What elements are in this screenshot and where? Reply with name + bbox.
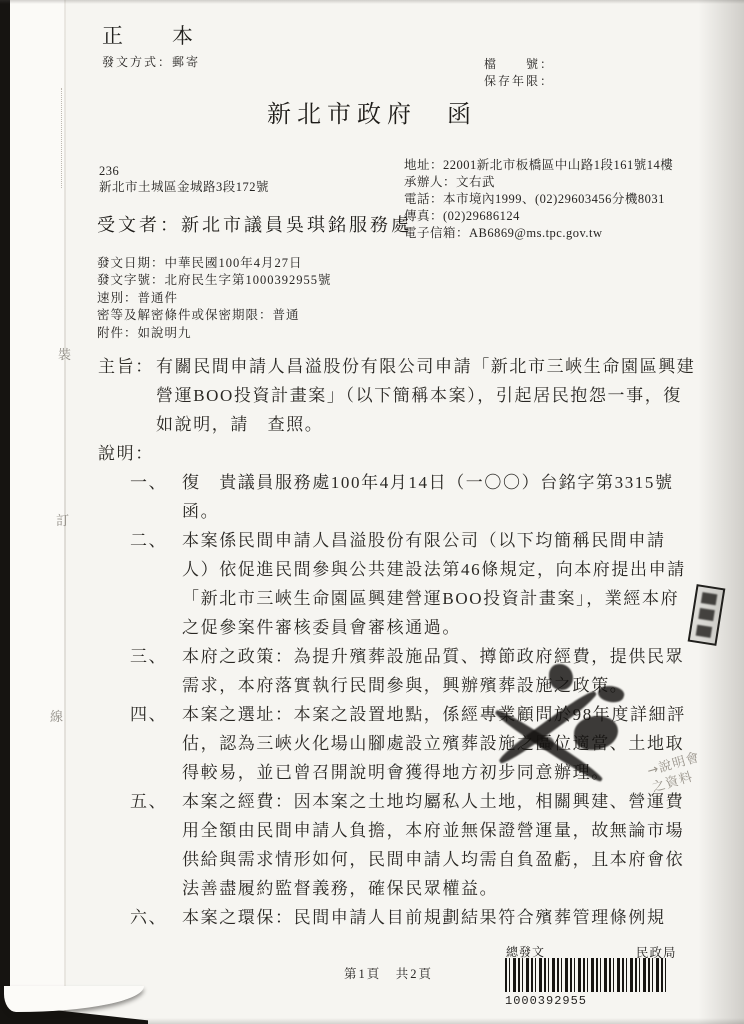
seal-glyph	[701, 592, 718, 605]
agency-fax: 傳真：(02)29686124	[404, 208, 673, 225]
attachment-note: 附件：如說明九	[97, 325, 332, 342]
letter-body: 主旨： 有關民間申請人昌溢股份有限公司申請「新北市三峽生命園區興建營運BOO投資…	[98, 352, 704, 932]
issue-date: 發文日期：中華民國100年4月27日	[97, 255, 332, 272]
speed-class: 速別：普通件	[97, 290, 332, 307]
subject-text: 有關民間申請人昌溢股份有限公司申請「新北市三峽生命園區興建營運BOO投資計畫案」…	[156, 352, 696, 439]
item-number: 一、	[130, 468, 182, 526]
explanation-item-5: 五、 本案之經費：因本案之土地均屬私人土地，相關興建、營運費用全額由民間申請人負…	[130, 787, 704, 903]
ink-smudge	[549, 664, 573, 690]
recipient-zip: 236	[99, 163, 269, 179]
recipient-line: 受文者：新北市議員吳琪銘服務處	[97, 211, 412, 237]
issue-number: 發文字號：北府民生字第1000392955號	[97, 272, 332, 289]
ink-smudge	[538, 736, 554, 750]
scan-left-edge	[0, 0, 10, 1024]
explanation-item-6: 六、 本案之環保：民間申請人目前規劃結果符合殯葬管理條例規	[130, 903, 704, 932]
explanation-item-2: 二、 本案係民間申請人昌溢股份有限公司（以下均簡稱民間申請人）依促進民間參與公共…	[130, 526, 704, 642]
copy-type-label: 正 本	[102, 20, 207, 50]
file-number-label: 檔 號：	[484, 56, 554, 73]
binding-mark-ding: 訂	[56, 510, 69, 529]
explanation-item-1: 一、 復 貴議員服務處100年4月14日（一〇〇）台銘字第3315號函。	[130, 468, 704, 526]
explanation-label: 說明：	[98, 439, 704, 468]
item-number: 三、	[130, 642, 182, 700]
item-text: 本案之環保：民間申請人目前規劃結果符合殯葬管理條例規	[182, 903, 687, 932]
barcode-number: 1000392955	[505, 994, 587, 1008]
agency-contact-person: 承辦人：文右武	[404, 174, 673, 191]
subject-label: 主旨：	[98, 352, 156, 439]
scan-right-shade	[698, 0, 744, 1024]
delivery-method-label: 發文方式：郵寄	[102, 53, 200, 70]
scan-top-shade	[0, 0, 744, 4]
scanned-document: 正 本 發文方式：郵寄 檔 號： 保存年限： 新北市政府 函 236 新北市土城…	[0, 0, 744, 1024]
item-number: 六、	[130, 903, 182, 932]
seal-glyph	[696, 625, 713, 638]
document-title: 新北市政府 函	[0, 94, 744, 129]
file-number-block: 檔 號： 保存年限：	[484, 56, 554, 90]
retention-label: 保存年限：	[484, 73, 554, 90]
agency-address: 地址：22001新北市板橋區中山路1段161號14樓	[404, 157, 673, 174]
binding-mark-xian: 線	[50, 706, 63, 725]
agency-phone: 電話：本市境內1999、(02)29603456分機8031	[404, 191, 673, 208]
security-class: 密等及解密條件或保密期限：普通	[97, 307, 332, 324]
agency-email: 電子信箱：AB6869@ms.tpc.gov.tw	[404, 225, 673, 242]
binding-mark-zhuang: 裝	[58, 344, 71, 363]
item-number: 四、	[130, 700, 182, 787]
page-curl	[4, 986, 144, 1012]
item-text: 本案之經費：因本案之土地均屬私人土地，相關興建、營運費用全額由民間申請人負擔，本…	[182, 787, 687, 903]
explanation-item-4: 四、 本案之選址：本案之設置地點，係經專業顧問於98年度詳細評估，認為三峽火化場…	[130, 700, 704, 787]
document-meta-block: 發文日期：中華民國100年4月27日 發文字號：北府民生字第1000392955…	[97, 255, 332, 342]
recipient-address-block: 236 新北市土城區金城路3段172號	[99, 163, 269, 195]
recipient-street: 新北市土城區金城路3段172號	[99, 179, 269, 195]
seal-glyph	[698, 608, 715, 621]
item-number: 二、	[130, 526, 182, 642]
item-number: 五、	[130, 787, 182, 903]
scan-bottom-shade	[140, 1018, 744, 1024]
item-text: 復 貴議員服務處100年4月14日（一〇〇）台銘字第3315號函。	[182, 468, 687, 526]
page-number: 第1頁 共2頁	[344, 964, 433, 982]
barcode	[505, 958, 667, 992]
subject-section: 主旨： 有關民間申請人昌溢股份有限公司申請「新北市三峽生命園區興建營運BOO投資…	[98, 352, 704, 439]
agency-contact-block: 地址：22001新北市板橋區中山路1段161號14樓 承辦人：文右武 電話：本市…	[404, 157, 673, 242]
item-text: 本案係民間申請人昌溢股份有限公司（以下均簡稱民間申請人）依促進民間參與公共建設法…	[182, 526, 687, 642]
